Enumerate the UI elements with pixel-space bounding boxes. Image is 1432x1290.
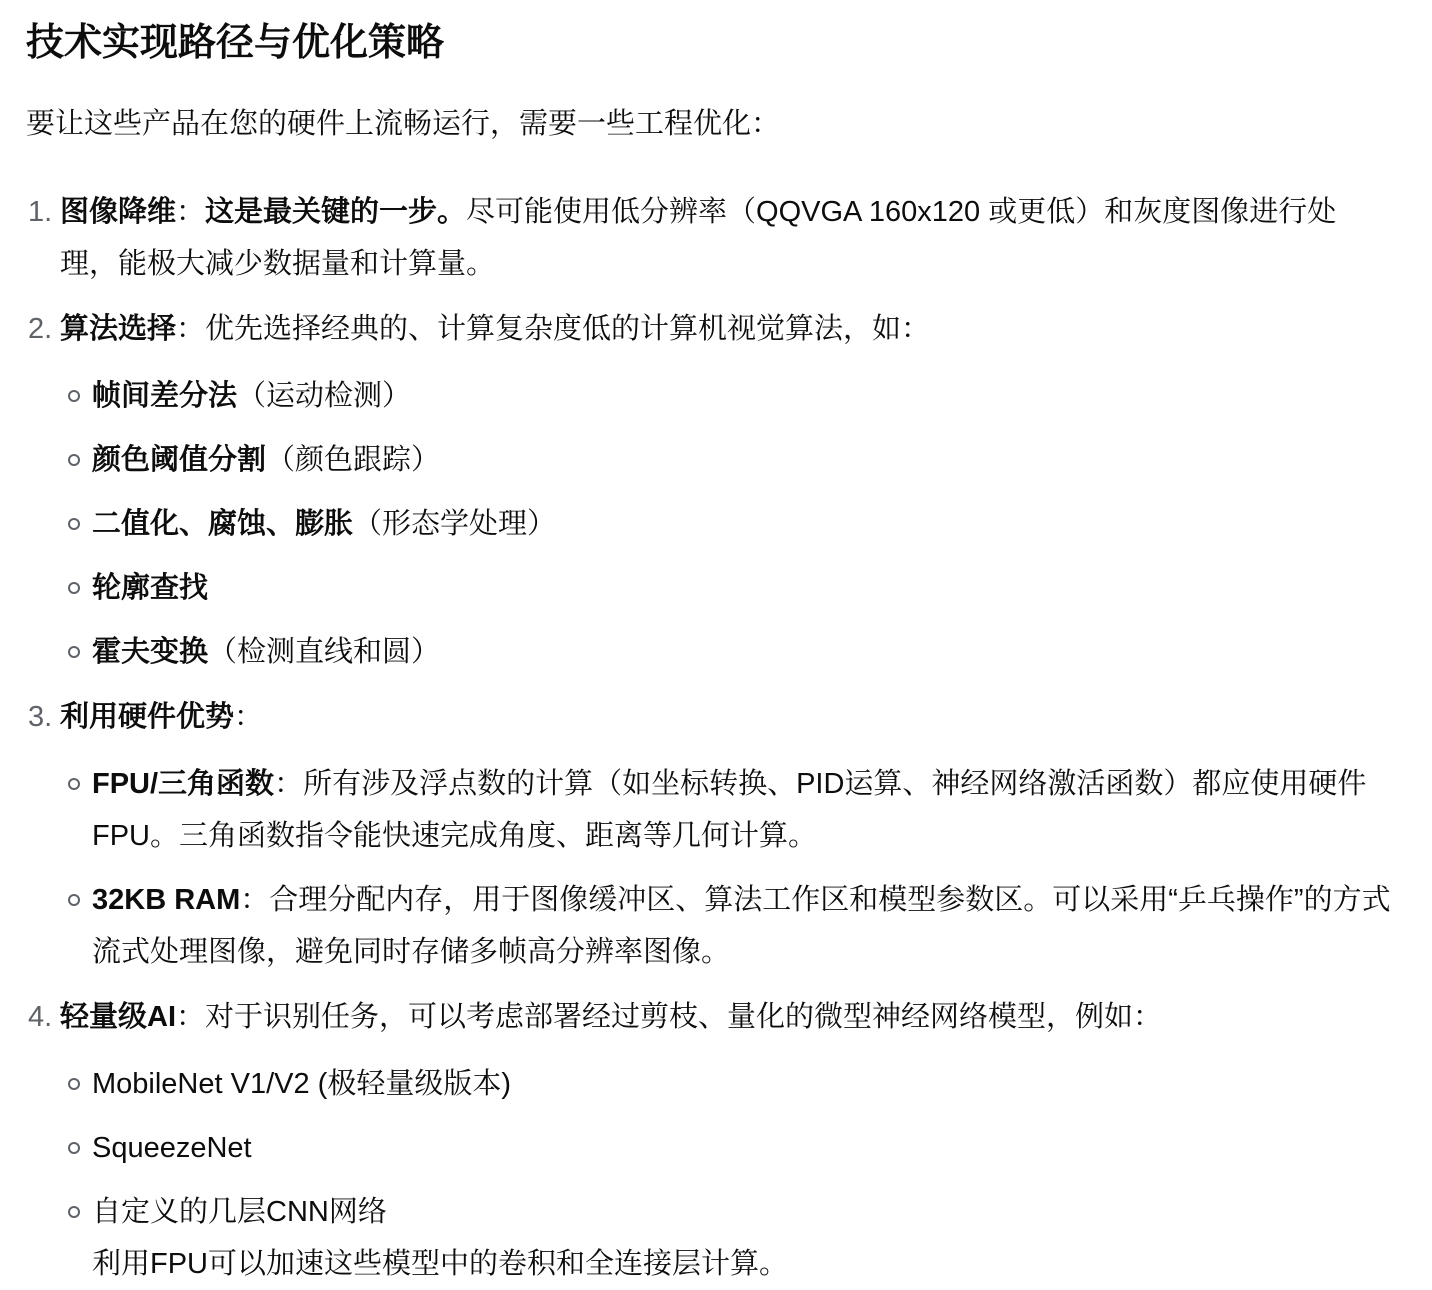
list-item-text: 图像降维：这是最关键的一步。尽可能使用低分辨率（QQVGA 160x120 或更… (60, 186, 1374, 290)
sub-list-item: 32KB RAM：合理分配内存，用于图像缓冲区、算法工作区和模型参数区。可以采用… (60, 874, 1408, 978)
sub-list-item: 颜色阈值分割（颜色跟踪） (60, 434, 1408, 486)
bold-term: 帧间差分法 (92, 380, 237, 412)
sub-list-item: 轮廓查找 (60, 562, 1408, 614)
list-item: 4.轻量级AI：对于识别任务，可以考虑部署经过剪枝、量化的微型神经网络模型，例如… (26, 991, 1408, 1290)
circle-bullet-icon (68, 778, 80, 790)
sub-list-item: 帧间差分法（运动检测） (60, 370, 1408, 422)
circle-bullet-icon (68, 582, 80, 594)
sub-list: FPU/三角函数：所有涉及浮点数的计算（如坐标转换、PID运算、神经网络激活函数… (60, 758, 1408, 978)
circle-bullet-icon (68, 390, 80, 402)
circle-bullet-icon (68, 1142, 80, 1154)
bold-term: 32KB RAM (92, 884, 240, 916)
circle-bullet-icon (68, 1206, 80, 1218)
bold-term: 算法选择 (60, 313, 176, 345)
body-text: 自定义的几层CNN网络 (92, 1196, 387, 1228)
intro-paragraph: 要让这些产品在您的硬件上流畅运行，需要一些工程优化： (26, 98, 1408, 150)
body-text: （形态学处理） (353, 508, 556, 540)
circle-bullet-icon (68, 1078, 80, 1090)
list-item: 3.利用硬件优势：FPU/三角函数：所有涉及浮点数的计算（如坐标转换、PID运算… (26, 691, 1408, 978)
sub-list-item: 自定义的几层CNN网络利用FPU可以加速这些模型中的卷积和全连接层计算。 (60, 1186, 1408, 1290)
body-text: MobileNet V1/V2 (极轻量级版本) (92, 1068, 511, 1100)
bold-term: 二值化、腐蚀、膨胀 (92, 508, 353, 540)
sub-list-item-text: 颜色阈值分割（颜色跟踪） (92, 434, 1408, 486)
sub-list-item-text: 帧间差分法（运动检测） (92, 370, 1408, 422)
sub-list-item-text: 霍夫变换（检测直线和圆） (92, 626, 1408, 678)
continuation-text: 利用FPU可以加速这些模型中的卷积和全连接层计算。 (92, 1248, 788, 1280)
bold-term: 利用硬件优势 (60, 701, 234, 733)
body-text: ：优先选择经典的、计算复杂度低的计算机视觉算法，如： (176, 313, 930, 345)
sub-list-item-text: SqueezeNet (92, 1122, 1408, 1174)
sub-list-item: 霍夫变换（检测直线和圆） (60, 626, 1408, 678)
body-text: （颜色跟踪） (266, 444, 440, 476)
sub-list-item: FPU/三角函数：所有涉及浮点数的计算（如坐标转换、PID运算、神经网络激活函数… (60, 758, 1408, 862)
page-title: 技术实现路径与优化策略 (26, 18, 1408, 68)
sub-list-item: 二值化、腐蚀、膨胀（形态学处理） (60, 498, 1408, 550)
list-item: 2.算法选择：优先选择经典的、计算复杂度低的计算机视觉算法，如：帧间差分法（运动… (26, 303, 1408, 678)
list-item-text: 利用硬件优势： (60, 691, 1408, 743)
bold-term: 霍夫变换 (92, 636, 208, 668)
document-body: { "page": { "background": "#ffffff", "te… (0, 0, 1432, 1290)
sub-list-item-text: 32KB RAM：合理分配内存，用于图像缓冲区、算法工作区和模型参数区。可以采用… (92, 874, 1408, 978)
body-text: （运动检测） (237, 380, 411, 412)
sub-list-item-text: 二值化、腐蚀、膨胀（形态学处理） (92, 498, 1408, 550)
sub-list: MobileNet V1/V2 (极轻量级版本)SqueezeNet自定义的几层… (60, 1058, 1408, 1290)
sub-list: 帧间差分法（运动检测）颜色阈值分割（颜色跟踪）二值化、腐蚀、膨胀（形态学处理）轮… (60, 370, 1408, 678)
bold-term: 轮廓查找 (92, 572, 208, 604)
body-text: ： (176, 196, 205, 228)
list-number: 4. (28, 991, 52, 1043)
body-text: （检测直线和圆） (208, 636, 440, 668)
list-number: 2. (28, 303, 52, 355)
sub-list-item: MobileNet V1/V2 (极轻量级版本) (60, 1058, 1408, 1110)
list-item-text: 轻量级AI：对于识别任务，可以考虑部署经过剪枝、量化的微型神经网络模型，例如： (60, 991, 1408, 1043)
bold-term: 颜色阈值分割 (92, 444, 266, 476)
body-text: ：合理分配内存，用于图像缓冲区、算法工作区和模型参数区。可以采用“乒乓操作”的方… (92, 884, 1391, 968)
sub-list-item-text: MobileNet V1/V2 (极轻量级版本) (92, 1058, 1408, 1110)
list-item-text: 算法选择：优先选择经典的、计算复杂度低的计算机视觉算法，如： (60, 303, 1408, 355)
list-number: 3. (28, 691, 52, 743)
sub-list-item-text: 自定义的几层CNN网络利用FPU可以加速这些模型中的卷积和全连接层计算。 (92, 1186, 1408, 1290)
body-text: ：对于识别任务，可以考虑部署经过剪枝、量化的微型神经网络模型，例如： (176, 1001, 1162, 1033)
sub-list-item: SqueezeNet (60, 1122, 1408, 1174)
sub-list-item-text: 轮廓查找 (92, 562, 1408, 614)
circle-bullet-icon (68, 894, 80, 906)
bold-term: 图像降维 (60, 196, 176, 228)
bold-term: FPU/三角函数 (92, 768, 274, 800)
sub-list-item-text: FPU/三角函数：所有涉及浮点数的计算（如坐标转换、PID运算、神经网络激活函数… (92, 758, 1408, 862)
body-text: ：所有涉及浮点数的计算（如坐标转换、PID运算、神经网络激活函数）都应使用硬件F… (92, 768, 1366, 852)
circle-bullet-icon (68, 454, 80, 466)
list-number: 1. (28, 186, 52, 238)
body-text: ： (234, 701, 263, 733)
circle-bullet-icon (68, 518, 80, 530)
circle-bullet-icon (68, 646, 80, 658)
list-item: 1.图像降维：这是最关键的一步。尽可能使用低分辨率（QQVGA 160x120 … (26, 186, 1374, 290)
body-text: SqueezeNet (92, 1132, 252, 1164)
bold-term: 这是最关键的一步。 (205, 196, 466, 228)
main-list: 1.图像降维：这是最关键的一步。尽可能使用低分辨率（QQVGA 160x120 … (26, 186, 1408, 1290)
bold-term: 轻量级AI (60, 1001, 176, 1033)
